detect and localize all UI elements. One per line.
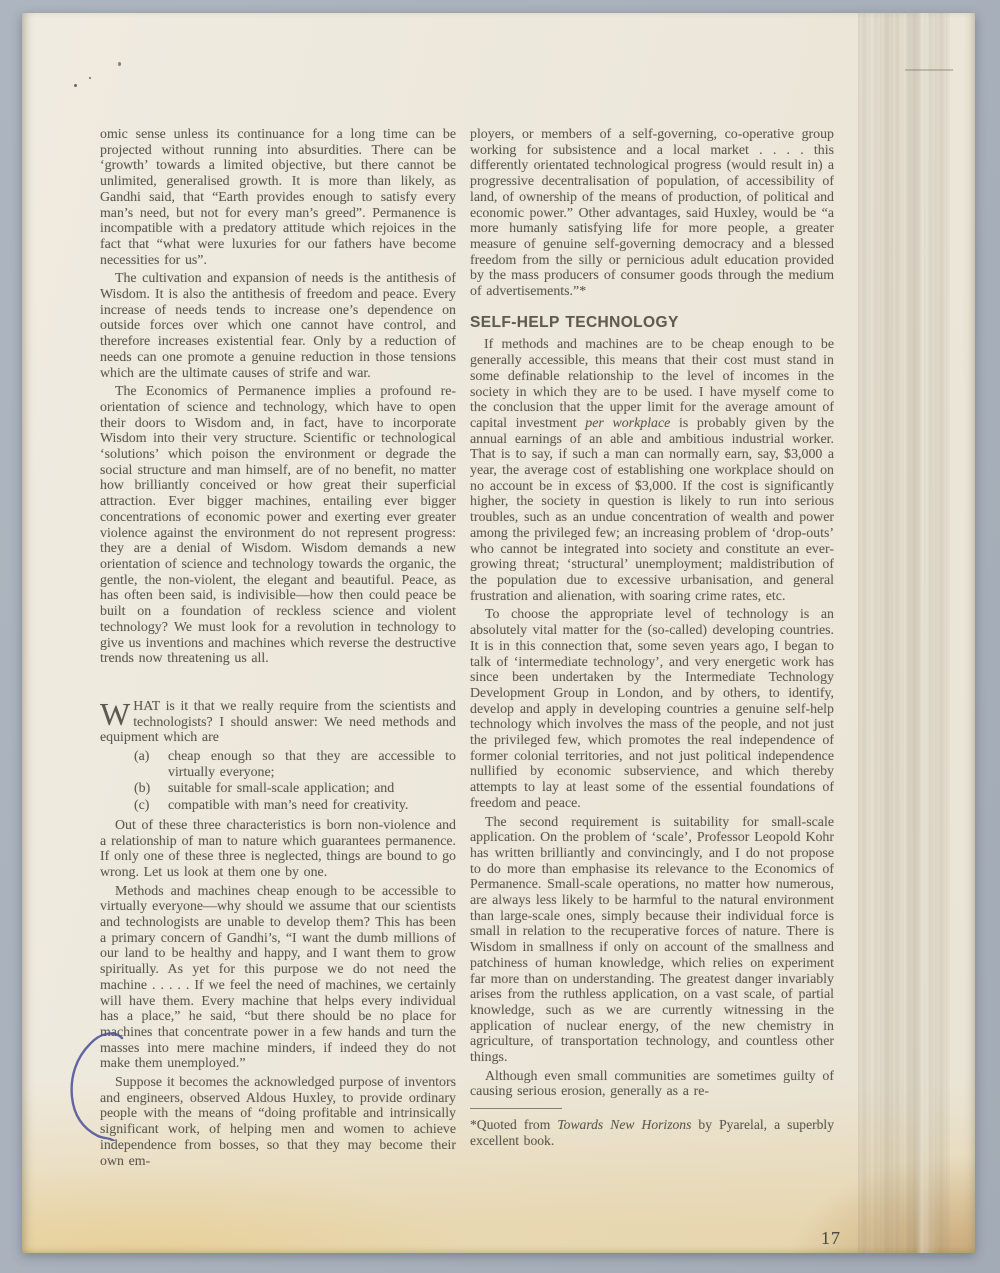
paragraph-text: is probably given by the annual earnings… [470, 416, 834, 604]
ink-speck [74, 84, 77, 87]
paragraph: Out of these three characteristics is bo… [100, 818, 456, 881]
list-label: (a) [134, 749, 149, 765]
paragraph-mixed: If methods and machines are to be cheap … [470, 337, 834, 604]
desk-background: omic sense unless its continuance for a … [0, 0, 1000, 1273]
paragraph: The cultivation and expansion of needs i… [100, 271, 456, 381]
document-page: omic sense unless its continuance for a … [22, 13, 975, 1253]
page-number: 17 [821, 1228, 841, 1249]
paragraph: Although even small communities are some… [470, 1069, 834, 1100]
list-text: cheap enough so that they are accessible… [168, 749, 456, 780]
page-fold-crease [858, 13, 950, 1253]
list-item-a: (a)cheap enough so that they are accessi… [100, 749, 456, 780]
paragraph-dropcap: WHAT is it that we really require from t… [100, 699, 456, 746]
paragraph-continuation: omic sense unless its continuance for a … [100, 127, 456, 268]
list-text: compatible with man’s need for creativit… [168, 798, 408, 813]
footnote-divider [470, 1108, 562, 1109]
footnote-book-title: Towards New Horizons [557, 1117, 691, 1132]
list-item-b: (b)suitable for small-scale application;… [100, 781, 456, 797]
handwritten-pen-mark [66, 1029, 130, 1141]
italic-phrase: per workplace [585, 416, 670, 431]
dropcap-letter: W [100, 699, 133, 727]
footnote: *Quoted from Towards New Horizons by Pya… [470, 1117, 834, 1148]
list-label: (c) [134, 798, 149, 814]
paragraph: Methods and machines cheap enough to be … [100, 884, 456, 1072]
paragraph: Suppose it becomes the acknowledged purp… [100, 1075, 456, 1169]
footnote-text: *Quoted from [470, 1117, 557, 1132]
paragraph-text: HAT is it that we really require from th… [100, 699, 456, 745]
section-heading: SELF-HELP TECHNOLOGY [470, 315, 834, 331]
paragraph: The Economics of Permanence implies a pr… [100, 384, 456, 667]
paragraph: The second requirement is suitability fo… [470, 815, 834, 1066]
text-columns: omic sense unless its continuance for a … [100, 127, 834, 1253]
paragraph: To choose the appropriate level of techn… [470, 607, 834, 811]
list-text: suitable for small-scale application; an… [168, 781, 394, 796]
list-item-c: (c)compatible with man’s need for creati… [100, 798, 456, 814]
right-column: ployers, or members of a self-governing,… [470, 127, 834, 1253]
list-label: (b) [134, 781, 150, 797]
paragraph-continuation: ployers, or members of a self-governing,… [470, 127, 834, 300]
scan-artifact-line [905, 69, 953, 71]
ink-speck [89, 77, 91, 79]
left-column: omic sense unless its continuance for a … [100, 127, 456, 1253]
ink-speck [118, 62, 121, 66]
